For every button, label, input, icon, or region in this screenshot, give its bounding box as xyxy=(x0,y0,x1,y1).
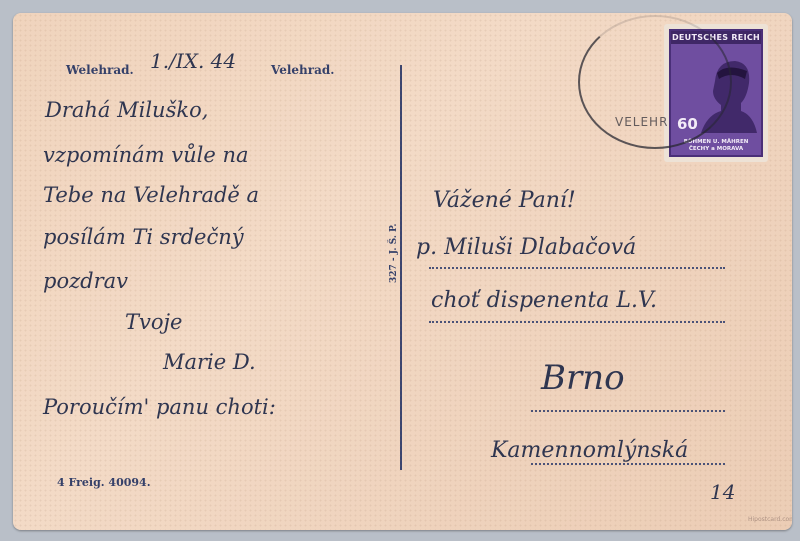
address-street: Kamennomlýnská xyxy=(491,438,688,463)
postage-stamp: DEUTSCHES REICH 60 BÖHMEN U. MÄHREN ČECH… xyxy=(664,24,768,162)
message-line: vzpomínám vůle na xyxy=(43,143,249,167)
watermark: Hipostcard.com xyxy=(748,516,792,523)
stamp-header: DEUTSCHES REICH xyxy=(671,31,761,44)
address-dotted-line xyxy=(429,321,725,323)
signature: Marie D. xyxy=(163,350,256,374)
address-number: 14 xyxy=(710,480,735,504)
message-line: pozdrav xyxy=(43,269,128,293)
message-line: posílám Ti srdečný xyxy=(43,225,244,249)
printed-footer: 4 Freig. 40094. xyxy=(57,476,151,489)
printed-place-left: Welehrad. xyxy=(66,63,134,77)
address-line: choť dispenenta L.V. xyxy=(431,288,657,313)
address-dotted-line xyxy=(429,267,725,269)
center-divider xyxy=(400,65,402,470)
message-line: Tebe na Velehradě a xyxy=(43,183,259,207)
address-city: Brno xyxy=(541,358,625,398)
address-recipient: p. Miluši Dlabačová xyxy=(416,235,636,260)
portrait-icon xyxy=(701,53,757,133)
message-line: Tvoje xyxy=(125,310,182,334)
address-dotted-line xyxy=(531,463,725,465)
handwritten-date: 1./IX. 44 xyxy=(150,49,236,73)
message-line: Poroučím' panu choti: xyxy=(43,395,276,419)
publisher-code: 327 - J. Š. P. xyxy=(389,224,399,283)
printed-place-right: Velehrad. xyxy=(271,63,334,77)
stamp-footer-line: ČECHY a MORAVA xyxy=(671,146,761,153)
stamp-footer-line: BÖHMEN U. MÄHREN xyxy=(671,139,761,146)
stamp-footer: BÖHMEN U. MÄHREN ČECHY a MORAVA xyxy=(671,139,761,153)
stamp-value: 60 xyxy=(677,115,698,133)
message-line: Drahá Miluško, xyxy=(45,98,208,122)
address-dotted-line xyxy=(531,410,725,412)
postmark-text: VELEHR xyxy=(615,115,668,129)
address-salutation: Vážené Paní! xyxy=(433,188,576,213)
